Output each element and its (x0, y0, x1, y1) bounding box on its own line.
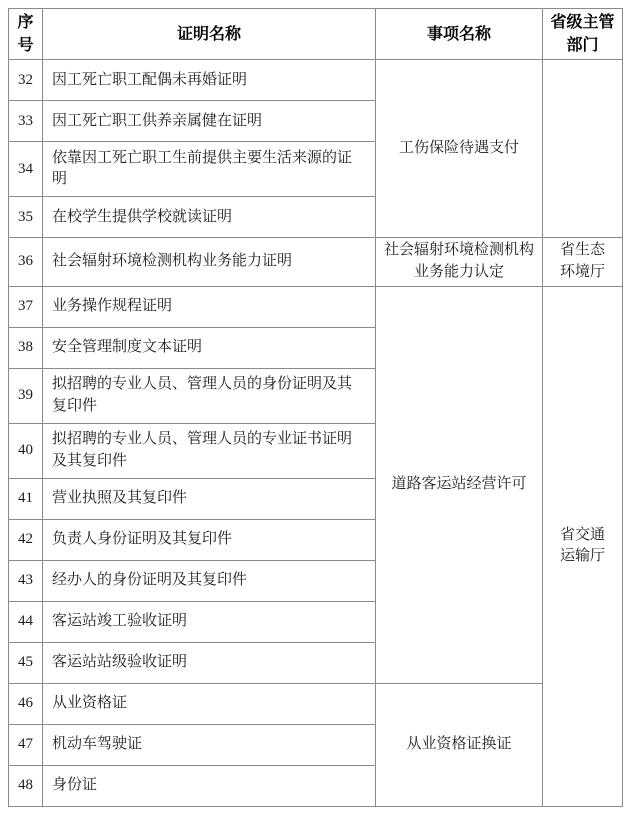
dept-label: 省交通运输厅 (559, 525, 607, 569)
table-header-row: 序号 证明名称 事项名称 省级主管部门 (9, 9, 623, 60)
row-number-cell: 38 (9, 327, 43, 368)
table-row-32: 32 因工死亡职工配偶未再婚证明 工伤保险待遇支付 (9, 60, 623, 101)
row-number-cell: 48 (9, 765, 43, 806)
table-row-36: 36 社会辐射环境检测机构业务能力证明 社会辐射环境检测机构业务能力认定 省生态… (9, 238, 623, 287)
document-page: { "table": { "border_color": "#8a8a8a", … (0, 0, 630, 817)
header-cell-item: 事项名称 (376, 9, 543, 60)
row-number-cell: 40 (9, 423, 43, 478)
row-number-cell: 45 (9, 642, 43, 683)
table-row-46: 46 从业资格证 从业资格证换证 (9, 683, 623, 724)
dept-cell-group-2: 省生态环境厅 (543, 238, 623, 287)
cert-name-cell: 负责人身份证明及其复印件 (43, 519, 376, 560)
table-row-37: 37 业务操作规程证明 道路客运站经营许可 省交通运输厅 (9, 286, 623, 327)
item-name-cell-group-1: 工伤保险待遇支付 (376, 60, 543, 238)
row-number-cell: 34 (9, 142, 43, 197)
cert-name-cell: 因工死亡职工供养亲属健在证明 (43, 101, 376, 142)
row-number-cell: 42 (9, 519, 43, 560)
row-number-cell: 39 (9, 368, 43, 423)
cert-name-cell: 经办人的身份证明及其复印件 (43, 560, 376, 601)
header-cell-name: 证明名称 (43, 9, 376, 60)
row-number-cell: 46 (9, 683, 43, 724)
dept-cell-group-1 (543, 60, 623, 238)
row-number-cell: 36 (9, 238, 43, 287)
row-number-cell: 32 (9, 60, 43, 101)
cert-name-cell: 因工死亡职工配偶未再婚证明 (43, 60, 376, 101)
cert-name-cell: 安全管理制度文本证明 (43, 327, 376, 368)
dept-cell-group-3: 省交通运输厅 (543, 286, 623, 806)
cert-name-cell: 从业资格证 (43, 683, 376, 724)
cert-name-cell: 在校学生提供学校就读证明 (43, 197, 376, 238)
row-number-cell: 43 (9, 560, 43, 601)
cert-name-cell: 拟招聘的专业人员、管理人员的专业证书证明及其复印件 (43, 423, 376, 478)
cert-name-cell: 拟招聘的专业人员、管理人员的身份证明及其复印件 (43, 368, 376, 423)
row-number-cell: 47 (9, 724, 43, 765)
item-name-cell-group-4: 从业资格证换证 (376, 683, 543, 806)
table-page: 序号 证明名称 事项名称 省级主管部门 32 因工死亡职工配偶未再婚证明 工伤保… (8, 8, 623, 807)
header-cell-dept: 省级主管部门 (543, 9, 623, 60)
cert-name-cell: 社会辐射环境检测机构业务能力证明 (43, 238, 376, 287)
cert-name-cell: 身份证 (43, 765, 376, 806)
row-number-cell: 35 (9, 197, 43, 238)
item-name-cell-group-2: 社会辐射环境检测机构业务能力认定 (376, 238, 543, 287)
cert-name-cell: 客运站站级验收证明 (43, 642, 376, 683)
cert-name-cell: 营业执照及其复印件 (43, 478, 376, 519)
row-number-cell: 37 (9, 286, 43, 327)
cert-name-cell: 依靠因工死亡职工生前提供主要生活来源的证明 (43, 142, 376, 197)
cert-name-cell: 客运站竣工验收证明 (43, 601, 376, 642)
row-number-cell: 44 (9, 601, 43, 642)
header-cell-no: 序号 (9, 9, 43, 60)
cert-name-cell: 机动车驾驶证 (43, 724, 376, 765)
row-number-cell: 41 (9, 478, 43, 519)
row-number-cell: 33 (9, 101, 43, 142)
dept-label: 省生态环境厅 (559, 240, 607, 284)
cert-name-cell: 业务操作规程证明 (43, 286, 376, 327)
item-name-cell-group-3: 道路客运站经营许可 (376, 286, 543, 683)
certificates-table: 序号 证明名称 事项名称 省级主管部门 32 因工死亡职工配偶未再婚证明 工伤保… (8, 8, 623, 807)
